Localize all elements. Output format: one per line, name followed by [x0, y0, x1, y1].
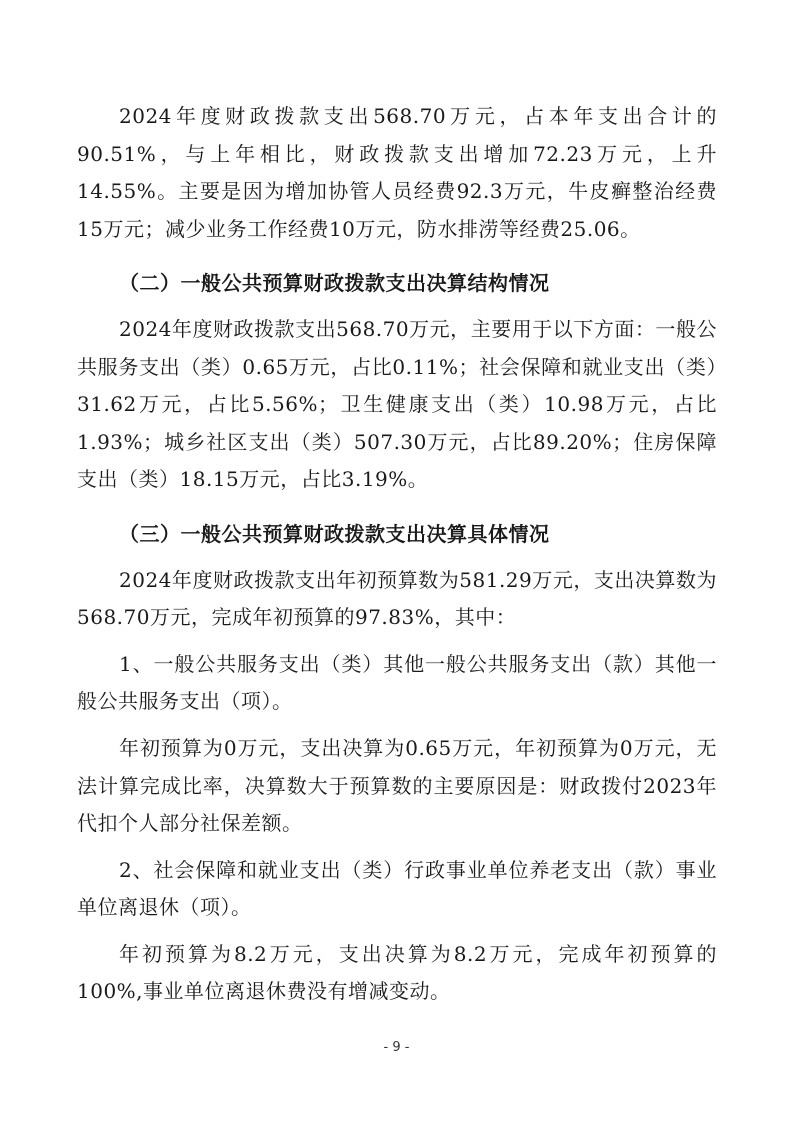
heading-structure: （二）一般公共预算财政拨款支出决算结构情况: [77, 257, 717, 311]
paragraph-structure-detail: 2024年度财政拨款支出568.70万元，主要用于以下方面：一般公共服务支出（类…: [77, 311, 717, 499]
paragraph-item-2-title: 2、社会保障和就业支出（类）行政事业单位养老支出（款）事业单位离退休（项）。: [77, 852, 717, 927]
heading-specifics: （三）一般公共预算财政拨款支出决算具体情况: [77, 508, 717, 562]
paragraph-expenditure-summary: 2024年度财政拨款支出568.70万元，占本年支出合计的90.51%，与上年相…: [77, 98, 717, 248]
paragraph-item-1-title: 1、一般公共服务支出（类）其他一般公共服务支出（款）其他一般公共服务支出（项）。: [77, 646, 717, 721]
page-number: - 9 -: [0, 1040, 793, 1055]
paragraph-budget-overview: 2024年度财政拨款支出年初预算数为581.29万元，支出决算数为568.70万…: [77, 562, 717, 637]
document-page: 2024年度财政拨款支出568.70万元，占本年支出合计的90.51%，与上年相…: [77, 98, 717, 1011]
paragraph-item-1-detail: 年初预算为0万元，支出决算为0.65万元，年初预算为0万元，无法计算完成比率，决…: [77, 730, 717, 843]
paragraph-item-2-detail: 年初预算为8.2万元，支出决算为8.2万元，完成年初预算的100%,事业单位离退…: [77, 936, 717, 1011]
